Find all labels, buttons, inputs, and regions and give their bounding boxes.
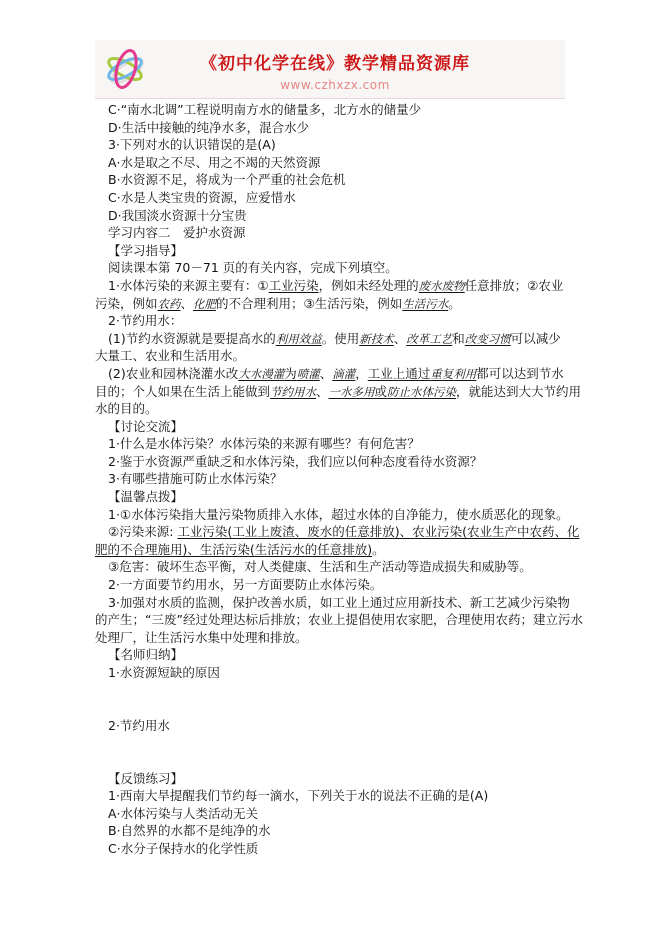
- text-line: 【反馈练习】: [95, 770, 569, 788]
- text-segment: C·水是人类宝贵的资源，应爱惜水: [108, 190, 296, 205]
- text-line: 大量工、农业和生活用水。: [95, 347, 569, 365]
- fill-in-answer-text: 节约用水: [270, 385, 316, 399]
- text-segment: D·生活中接触的纯净水多，混合水少: [108, 120, 309, 135]
- text-line: 1·①水体污染指大量污染物质排入水体，超过水体的自净能力，使水质恶化的现象。: [95, 506, 569, 524]
- text-segment: ③危害：破坏生态平衡，对人类健康、生活和生产活动等造成损失和威胁等。: [108, 559, 532, 574]
- text-segment: (2)农业和园林浇灌水改: [108, 366, 238, 381]
- text-line: 污染，例如农药、化肥的不合理利用；③生活污染，例如生活污水。: [95, 295, 569, 313]
- text-line: 1·水资源短缺的原因: [95, 664, 569, 682]
- text-segment: 2·节约用水：: [108, 313, 182, 328]
- text-segment: 和: [452, 331, 465, 346]
- text-segment: 1·西南大旱提醒我们节约每一滴水，下列关于水的说法不正确的是(A): [108, 788, 488, 803]
- text-segment: A·水体污染与人类活动无关: [108, 806, 258, 821]
- atom-logo-icon: [103, 44, 149, 94]
- text-segment: 水的目的。: [95, 401, 158, 416]
- text-line: ③危害：破坏生态平衡，对人类健康、生活和生产活动等造成损失和威胁等。: [95, 558, 569, 576]
- text-line: 1·什么是水体污染？水体污染的来源有哪些？有何危害？: [95, 435, 569, 453]
- text-line: (1)节约水资源就是要提高水的利用效益。使用新技术、改革工艺和改变习惯可以减少: [95, 330, 569, 348]
- text-segment: ，例如未经处理的: [319, 278, 419, 293]
- text-segment: 1·①水体污染指大量污染物质排入水体，超过水体的自净能力，使水质恶化的现象。: [108, 507, 569, 522]
- text-line: 3·下列对水的认识错误的是(A): [95, 136, 569, 154]
- text-segment: 。使用: [322, 331, 360, 346]
- text-line: 阅读课本第 70－71 页的有关内容，完成下列填空。: [95, 259, 569, 277]
- text-segment: 。: [448, 296, 461, 311]
- text-segment: 、: [316, 384, 329, 399]
- fill-in-answer-text: 改革工艺: [406, 332, 452, 346]
- text-segment: 2·一方面要节约用水，另一方面要防止水体污染。: [108, 577, 382, 592]
- text-segment: B·自然界的水都不是纯净的水: [108, 823, 271, 838]
- blank-line: [95, 682, 569, 700]
- blank-line: [95, 752, 569, 770]
- text-segment: B·水资源不足，将成为一个严重的社会危机: [108, 172, 346, 187]
- text-line: 【学习指导】: [95, 242, 569, 260]
- text-line: 2·一方面要节约用水，另一方面要防止水体污染。: [95, 576, 569, 594]
- text-line: B·水资源不足，将成为一个严重的社会危机: [95, 171, 569, 189]
- site-header: 《初中化学在线》教学精品资源库 www.czhxzx.com: [95, 40, 565, 99]
- text-segment: 1·什么是水体污染？水体污染的来源有哪些？有何危害？: [108, 436, 420, 451]
- document-page: 《初中化学在线》教学精品资源库 www.czhxzx.com C·“南水北调”工…: [0, 0, 661, 935]
- text-segment: 目的；个人如果在生活上能做到: [95, 384, 270, 399]
- text-line: 处理厂，让生活污水集中处理和排放。: [95, 629, 569, 647]
- fill-in-answer-text: 大水漫灌: [238, 367, 284, 381]
- site-logo-icon: [103, 44, 149, 94]
- text-segment: 3·有哪些措施可防止水体污染？: [108, 471, 282, 486]
- text-segment: 【名师归纳】: [108, 647, 183, 662]
- text-line: 3·加强对水质的监测，保护改善水质，如工业上通过应用新技术、新工艺减少污染物: [95, 594, 569, 612]
- text-line: ②污染来源: 工业污染(工业上废渣、废水的任意排放)、农业污染(农业生产中农药、…: [95, 523, 569, 541]
- fill-in-answer-text: 废水废物: [419, 279, 465, 293]
- text-segment: 2·鉴于水资源严重缺乏和水体污染，我们应以何种态度看待水资源？: [108, 454, 482, 469]
- text-segment: 2·节约用水: [108, 718, 170, 733]
- header-text-block: 《初中化学在线》教学精品资源库 www.czhxzx.com: [151, 40, 565, 92]
- fill-in-answer-text: 防止水体污染: [387, 385, 456, 399]
- text-segment: C·“南水北调”工程说明南方水的储量多，北方水的储量少: [108, 102, 421, 117]
- text-line: A·水是取之不尽、用之不竭的天然资源: [95, 154, 569, 172]
- text-line: 1·西南大旱提醒我们节约每一滴水，下列关于水的说法不正确的是(A): [95, 787, 569, 805]
- text-segment: 处理厂，让生活污水集中处理和排放。: [95, 630, 308, 645]
- fill-in-answer-text: 农药: [158, 297, 181, 311]
- fill-in-answer-text: 或: [375, 384, 388, 399]
- text-segment: 的产生；“三废”经过处理达标后排放；农业上提倡使用农家肥，合理使用农药；建立污水: [95, 612, 583, 627]
- text-line: C·“南水北调”工程说明南方水的储量多，北方水的储量少: [95, 101, 569, 119]
- fill-in-answer-text: 工业上通过: [368, 366, 431, 381]
- site-title: 《初中化学在线》教学精品资源库: [151, 49, 519, 74]
- text-line: 【讨论交流】: [95, 418, 569, 436]
- text-segment: 阅读课本第 70－71 页的有关内容，完成下列填空。: [108, 260, 398, 275]
- text-segment: D·我国淡水资源十分宝贵: [108, 208, 247, 223]
- fill-in-answer-text: 重复利用: [430, 367, 476, 381]
- fill-in-answer-text: 化肥: [193, 297, 216, 311]
- text-line: 3·有哪些措施可防止水体污染？: [95, 470, 569, 488]
- text-line: 2·节约用水: [95, 717, 569, 735]
- text-segment: 1·水资源短缺的原因: [108, 665, 220, 680]
- text-segment: 。: [372, 542, 385, 557]
- text-line: 的产生；“三废”经过处理达标后排放；农业上提倡使用农家肥，合理使用农药；建立污水: [95, 611, 569, 629]
- text-line: C·水分子保持水的化学性质: [95, 840, 569, 858]
- fill-in-answer-text: 喷灌: [297, 367, 320, 381]
- fill-in-answer-text: 改变习惯: [465, 332, 511, 346]
- text-segment: 3·加强对水质的监测，保护改善水质，如工业上通过应用新技术、新工艺减少污染物: [108, 595, 570, 610]
- text-line: 1·水体污染的来源主要有：①工业污染，例如未经处理的废水废物任意排放；②农业: [95, 277, 569, 295]
- text-line: B·自然界的水都不是纯净的水: [95, 822, 569, 840]
- text-segment: 可以减少: [511, 331, 561, 346]
- text-segment: 、: [181, 296, 194, 311]
- text-segment: 【反馈练习】: [108, 771, 183, 786]
- text-line: 学习内容二 爱护水资源: [95, 224, 569, 242]
- fill-in-answer-text: 滴灌: [332, 367, 355, 381]
- fill-in-answer-text: 生活污水: [402, 297, 448, 311]
- text-segment: 【温馨点拨】: [108, 489, 183, 504]
- text-segment: 、: [320, 366, 333, 381]
- fill-in-answer-text: 新技术: [359, 332, 394, 346]
- text-line: 水的目的。: [95, 400, 569, 418]
- fill-in-answer-text: 为: [284, 366, 297, 381]
- text-segment: 3·下列对水的认识错误的是(A): [108, 137, 276, 152]
- text-line: 2·节约用水：: [95, 312, 569, 330]
- text-line: C·水是人类宝贵的资源，应爱惜水: [95, 189, 569, 207]
- fill-in-answer-text: 一水多用: [329, 385, 375, 399]
- fill-in-answer-text: 利用效益: [276, 332, 322, 346]
- text-segment: 1·水体污染的来源主要有：①: [108, 278, 269, 293]
- fill-in-answer-text: 工业污染(工业上废渣、废水的任意排放)、农业污染(农业生产中农药、化: [177, 524, 579, 539]
- text-segment: 学习内容二 爱护水资源: [108, 225, 246, 240]
- text-line: 肥的不合理施用)、生活污染(生活污水的任意排放)。: [95, 541, 569, 559]
- text-line: A·水体污染与人类活动无关: [95, 805, 569, 823]
- text-segment: C·水分子保持水的化学性质: [108, 841, 258, 856]
- text-segment: 【讨论交流】: [108, 419, 183, 434]
- text-segment: 都可以达到节水: [476, 366, 564, 381]
- text-line: D·生活中接触的纯净水多，混合水少: [95, 119, 569, 137]
- text-segment: ，: [355, 366, 368, 381]
- text-line: 2·鉴于水资源严重缺乏和水体污染，我们应以何种态度看待水资源？: [95, 453, 569, 471]
- text-segment: 污染，例如: [95, 296, 158, 311]
- text-segment: A·水是取之不尽、用之不竭的天然资源: [108, 155, 321, 170]
- site-url: www.czhxzx.com: [151, 78, 519, 92]
- text-segment: 任意排放；②农业: [465, 278, 564, 293]
- blank-line: [95, 699, 569, 717]
- text-line: D·我国淡水资源十分宝贵: [95, 207, 569, 225]
- text-line: 目的；个人如果在生活上能做到节约用水、一水多用或防止水体污染，就能达到大大节约用: [95, 383, 569, 401]
- text-line: (2)农业和园林浇灌水改大水漫灌为喷灌、滴灌，工业上通过重复利用都可以达到节水: [95, 365, 569, 383]
- text-line: 【温馨点拨】: [95, 488, 569, 506]
- fill-in-answer-text: 肥的不合理施用)、生活污染(生活污水的任意排放): [95, 542, 372, 557]
- text-segment: ，就能达到大大节约用: [456, 384, 581, 399]
- text-segment: ②污染来源:: [108, 524, 177, 539]
- text-segment: 的不合理利用；③生活污染，例如: [216, 296, 402, 311]
- text-segment: 【学习指导】: [108, 243, 183, 258]
- blank-line: [95, 734, 569, 752]
- text-segment: 、: [394, 331, 407, 346]
- text-line: 【名师归纳】: [95, 646, 569, 664]
- text-segment: 大量工、农业和生活用水。: [95, 348, 245, 363]
- document-body: C·“南水北调”工程说明南方水的储量多，北方水的储量少D·生活中接触的纯净水多，…: [95, 101, 569, 858]
- fill-in-answer-text: 工业污染: [269, 278, 319, 293]
- text-segment: (1)节约水资源就是要提高水的: [108, 331, 276, 346]
